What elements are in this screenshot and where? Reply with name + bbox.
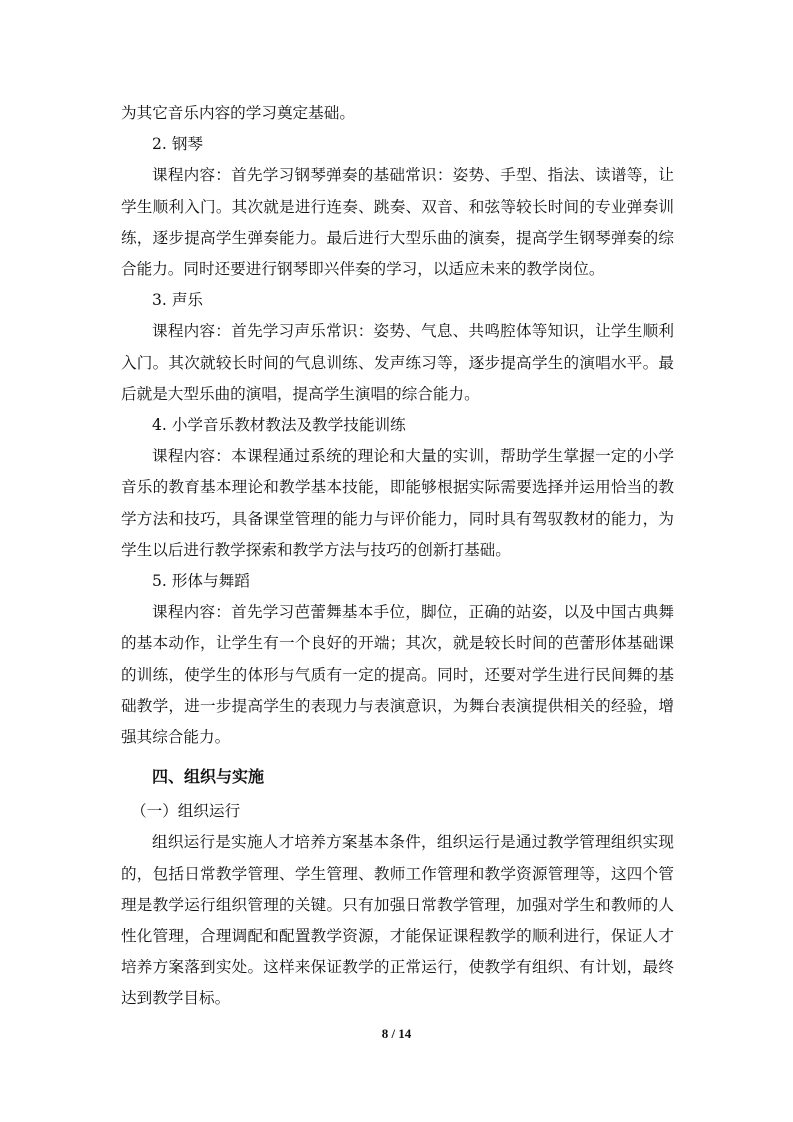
org-paragraph: 组织运行是实施人才培养方案基本条件，组织运行是通过教学管理组织实现的，包括日常教…: [121, 827, 674, 1014]
chapter-heading: 四、组织与实施: [121, 761, 674, 792]
section-title-vocal: 3. 声乐: [121, 285, 674, 316]
section-body-piano: 课程内容：首先学习钢琴弹奏的基础常识：姿势、手型、指法、读谱等，让学生顺利入门。…: [121, 160, 674, 285]
section-title-dance: 5. 形体与舞蹈: [121, 566, 674, 597]
section-body-teaching-methods: 课程内容：本课程通过系统的理论和大量的实训，帮助学生掌握一定的小学音乐的教育基本…: [121, 441, 674, 566]
section-title-piano: 2. 钢琴: [121, 129, 674, 160]
page-number: 8 / 14: [0, 1026, 793, 1042]
lead-line: 为其它音乐内容的学习奠定基础。: [121, 98, 674, 129]
subheading: （一）组织运行: [121, 796, 674, 827]
section-title-teaching-methods: 4. 小学音乐教材教法及教学技能训练: [121, 410, 674, 441]
document-page: 为其它音乐内容的学习奠定基础。 2. 钢琴 课程内容：首先学习钢琴弹奏的基础常识…: [121, 98, 674, 1015]
section-body-dance: 课程内容：首先学习芭蕾舞基本手位，脚位，正确的站姿，以及中国古典舞的基本动作，让…: [121, 597, 674, 753]
section-body-vocal: 课程内容：首先学习声乐常识：姿势、气息、共鸣腔体等知识，让学生顺利入门。其次就较…: [121, 316, 674, 410]
